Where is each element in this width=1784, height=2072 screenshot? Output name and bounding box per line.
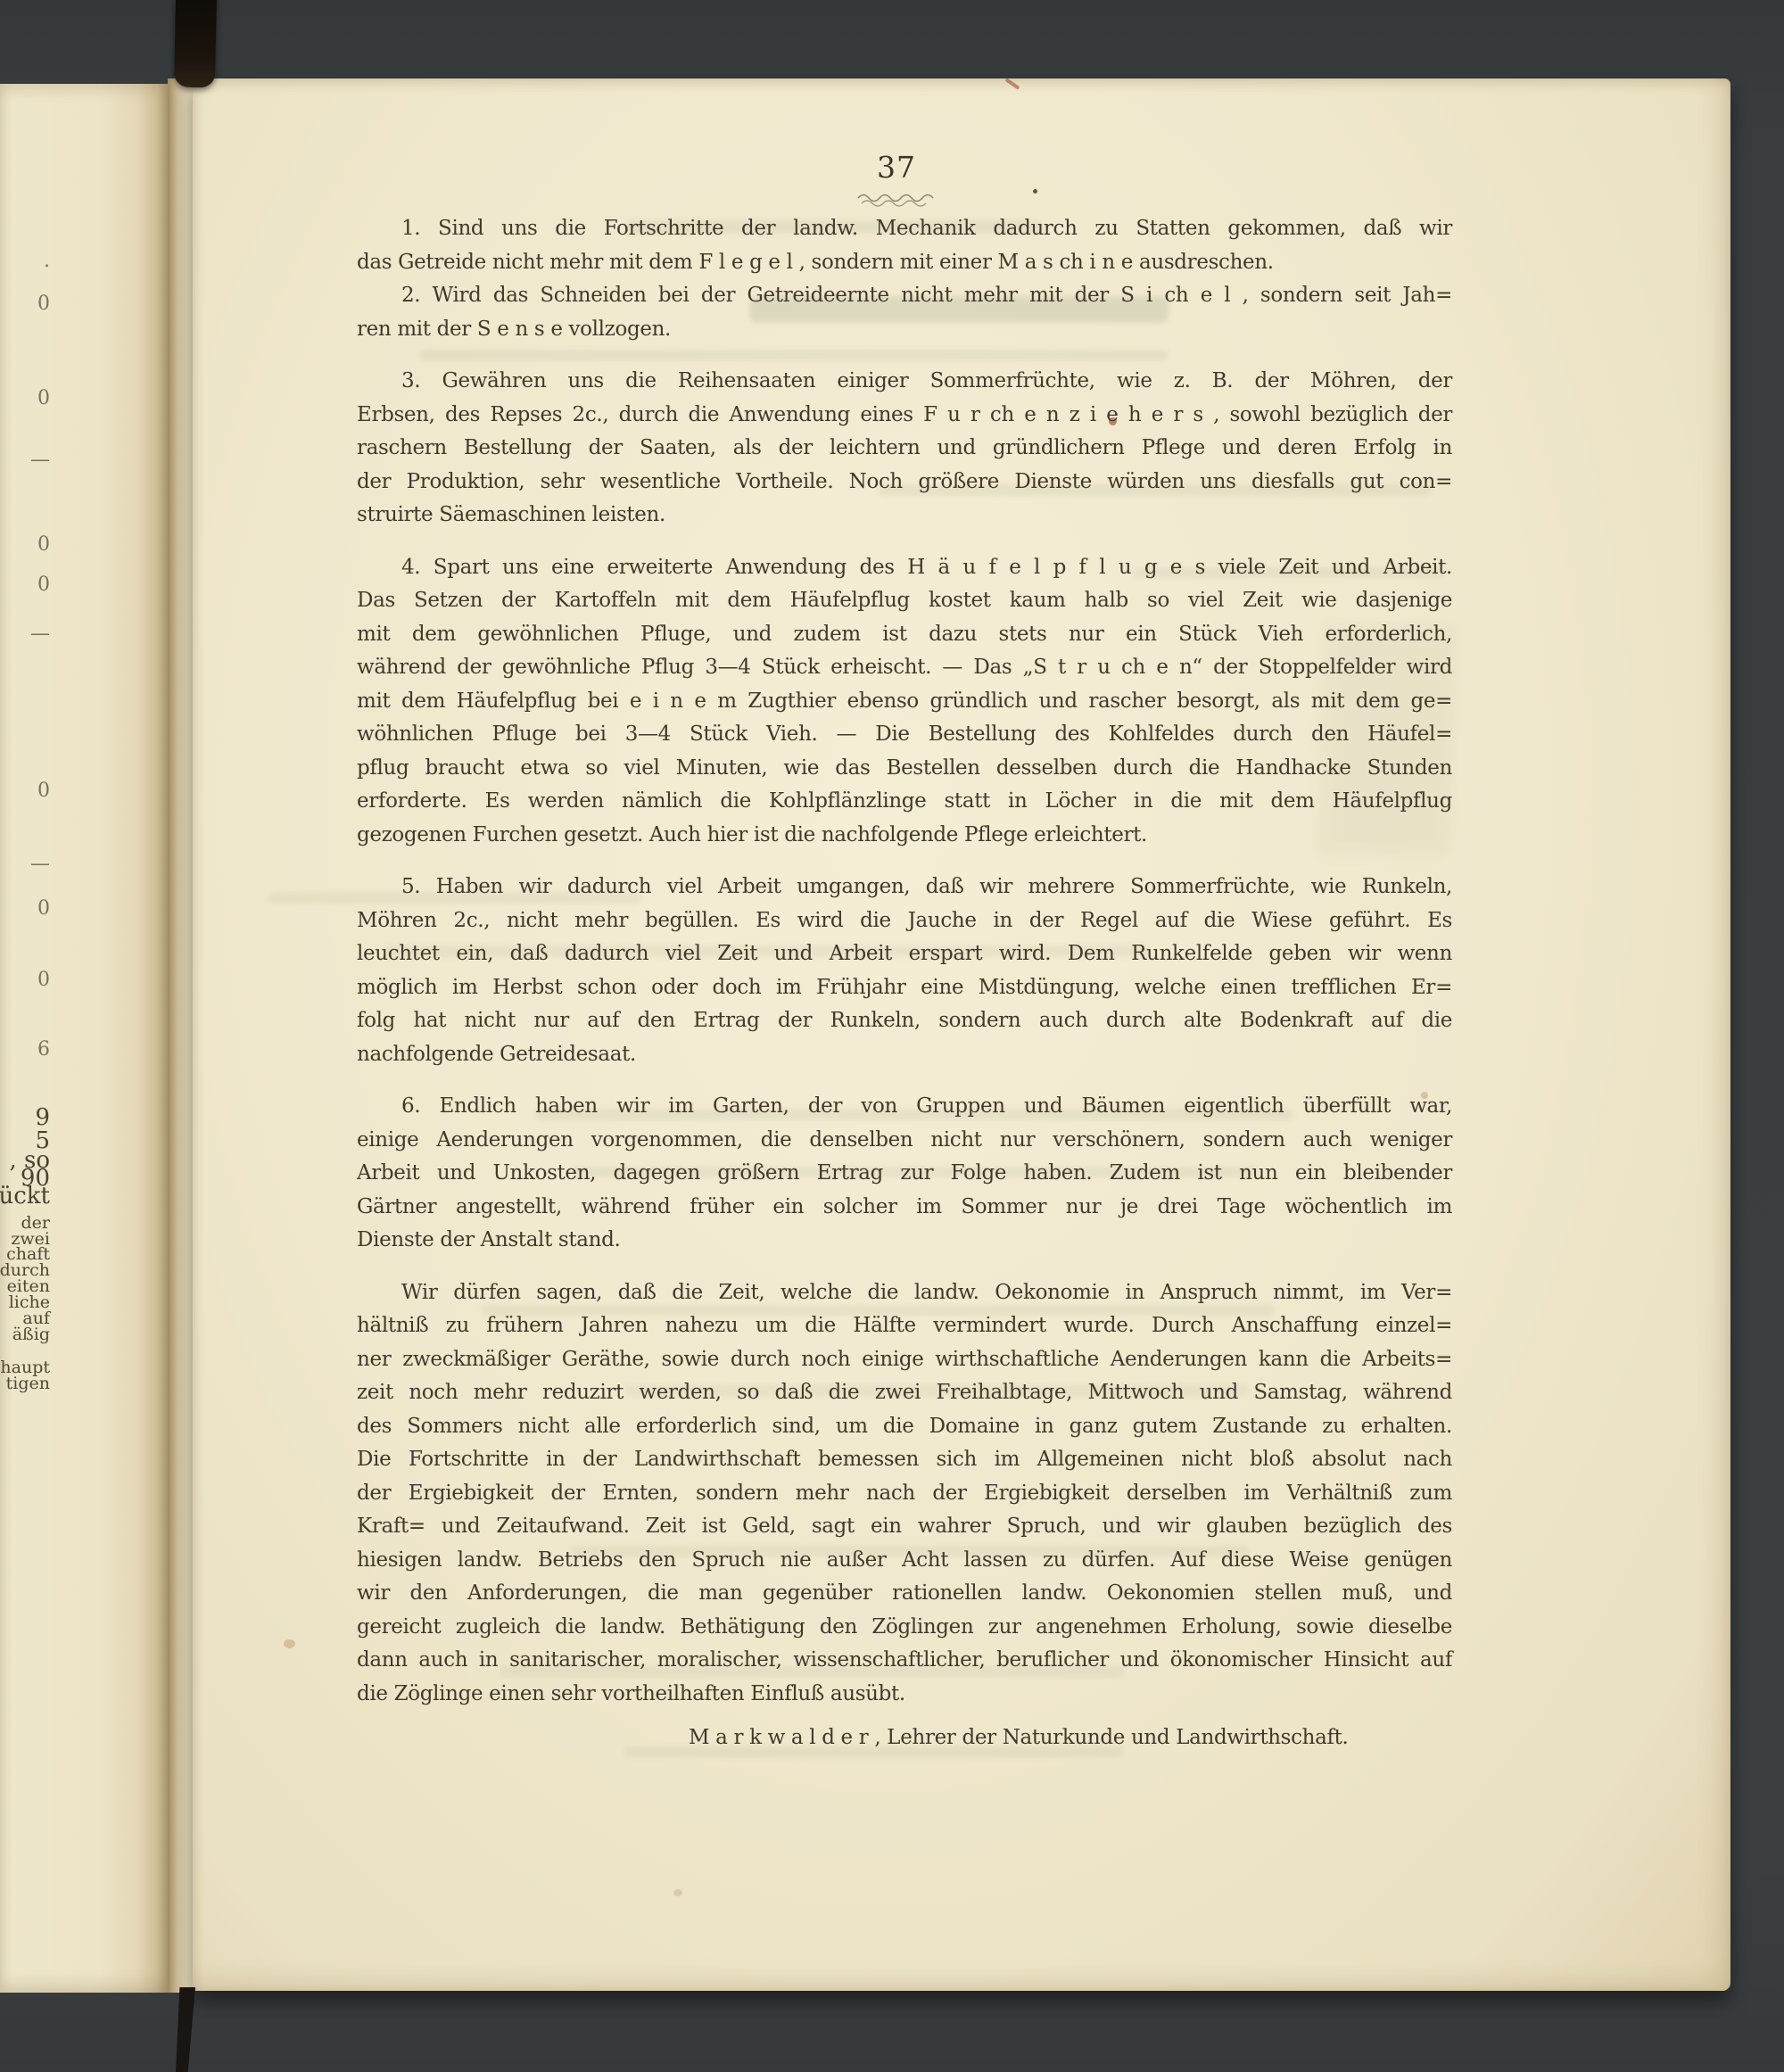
text-line: Möhren 2c., nicht mehr begüllen. Es wird… [357, 904, 1452, 938]
text-line: raschern Bestellung der Saaten, als der … [357, 432, 1452, 466]
text-line: hiesigen landw. Betriebs den Spruch nie … [357, 1544, 1452, 1578]
text-line: mit dem gewöhnlichen Pfluge, und zudem i… [357, 618, 1452, 652]
text-line: der Ergiebigkeit der Ernten, sondern meh… [357, 1477, 1452, 1511]
foxing-spot [673, 1889, 682, 1896]
text-line: das Getreide nicht mehr mit dem F l e g … [357, 246, 1452, 280]
text-line: einige Aenderungen vorgenommen, die dens… [357, 1124, 1452, 1158]
left-page-text-fragment: — [0, 624, 50, 644]
book-gutter [168, 78, 194, 1993]
page-number: 37 [838, 150, 954, 185]
text-line: während der gewöhnliche Pflug 3—4 Stück … [357, 651, 1452, 685]
foxing-spot [284, 1639, 295, 1648]
text-line: leuchtet ein, daß dadurch viel Zeit und … [357, 937, 1452, 971]
text-line: gereicht zugleich die landw. Bethätigung… [357, 1611, 1452, 1645]
left-page-text-fragment: 0 [0, 575, 50, 595]
left-page-text-fragment: 0 [0, 294, 50, 314]
text-line: Das Setzen der Kartoffeln mit dem Häufel… [357, 584, 1452, 618]
text-line: 1. Sind uns die Fortschritte der landw. … [357, 212, 1452, 246]
text-line: pflug braucht etwa so viel Minuten, wie … [357, 752, 1452, 786]
text-line: Erbsen, des Repses 2c., durch die Anwend… [357, 399, 1452, 433]
text-line: ner zweckmäßiger Geräthe, sowie durch no… [357, 1343, 1452, 1377]
left-page-text-fragment: 0 [0, 970, 50, 990]
paragraph-6: 6. Endlich haben wir im Garten, der von … [357, 1090, 1452, 1258]
text-line: 4. Spart uns eine erweiterte Anwendung d… [357, 551, 1452, 585]
text-line: Die Fortschritte in der Landwirthschaft … [357, 1443, 1452, 1477]
text-line: wir den Anforderungen, die man gegenüber… [357, 1577, 1452, 1611]
left-page-text-fragment: 6 [0, 1040, 50, 1060]
left-page-text-fragment: — [0, 450, 50, 470]
paragraph-5: 5. Haben wir dadurch viel Arbeit umgange… [357, 871, 1452, 1071]
paragraph-2: 2. Wird das Schneiden bei der Getreideer… [357, 279, 1452, 346]
text-line: 5. Haben wir dadurch viel Arbeit umgange… [357, 871, 1452, 904]
wavy-underline-decoration [855, 193, 940, 209]
ink-speck [1033, 189, 1037, 194]
text-line: zeit noch mehr reduzirt werden, so daß d… [357, 1376, 1452, 1410]
text-line: 3. Gewähren uns die Reihensaaten einiger… [357, 365, 1452, 399]
left-page-text-fragment: 0 [0, 781, 50, 801]
left-page-text-fragment: 9 [0, 1106, 50, 1129]
author-signature: M a r k w a l d e r , Lehrer der Naturku… [357, 1721, 1452, 1755]
book-scan: . 0 0 — 0 0 — 0 — 0 0 6 9 5 , so 90 rück… [0, 0, 1784, 2072]
page-text-block: 1. Sind uns die Fortschritte der landw. … [357, 212, 1452, 1755]
text-line: ren mit der S e n s e vollzogen. [357, 313, 1452, 347]
left-page-text-fragment: 0 [0, 899, 50, 919]
paragraph-3: 3. Gewähren uns die Reihensaaten einiger… [357, 365, 1452, 532]
left-page-text-fragment: 0 [0, 389, 50, 409]
text-line: Dienste der Anstalt stand. [357, 1224, 1452, 1258]
left-page-text-fragment: äßig [0, 1326, 50, 1343]
text-line: möglich im Herbst schon oder doch im Frü… [357, 971, 1452, 1005]
text-line: nachfolgende Getreidesaat. [357, 1038, 1452, 1072]
text-line: des Sommers nicht alle erforderlich sind… [357, 1410, 1452, 1444]
text-line: hältniß zu frühern Jahren nahezu um die … [357, 1309, 1452, 1343]
text-line: Kraft= und Zeitaufwand. Zeit ist Geld, s… [357, 1510, 1452, 1544]
left-page-text-fragment: tigen [0, 1375, 50, 1392]
text-line: 2. Wird das Schneiden bei der Getreideer… [357, 279, 1452, 313]
left-page-text-fragment: rückt [0, 1185, 50, 1208]
text-line: mit dem Häufelpflug bei e i n e m Zugthi… [357, 685, 1452, 719]
text-line: wöhnlichen Pfluge bei 3—4 Stück Vieh. — … [357, 718, 1452, 752]
text-line: folg hat nicht nur auf den Ertrag der Ru… [357, 1004, 1452, 1038]
left-page-text-fragment: 0 [0, 535, 50, 555]
text-line: Wir dürfen sagen, daß die Zeit, welche d… [357, 1276, 1452, 1310]
left-page-edge [0, 84, 168, 1993]
paragraph-4: 4. Spart uns eine erweiterte Anwendung d… [357, 551, 1452, 853]
paragraph-1: 1. Sind uns die Fortschritte der landw. … [357, 212, 1452, 279]
text-line: erforderte. Es werden nämlich die Kohlpf… [357, 785, 1452, 819]
left-page-text-fragment: . [0, 252, 50, 271]
text-line: Gärtner angestellt, während früher ein s… [357, 1191, 1452, 1225]
text-line: 6. Endlich haben wir im Garten, der von … [357, 1090, 1452, 1124]
text-line: die Zöglinge einen sehr vortheilhaften E… [357, 1678, 1452, 1712]
text-line: gezogenen Furchen gesetzt. Auch hier ist… [357, 819, 1452, 853]
text-line: der Produktion, sehr wesentliche Vorthei… [357, 466, 1452, 499]
bookmark-ribbon-bottom [176, 1987, 195, 2072]
text-line: dann auch in sanitarischer, moralischer,… [357, 1644, 1452, 1678]
text-line: Arbeit und Unkosten, dagegen größern Ert… [357, 1157, 1452, 1191]
bookmark-ribbon-top [174, 0, 217, 87]
left-page-text-fragment: — [0, 854, 50, 874]
paragraph-7: Wir dürfen sagen, daß die Zeit, welche d… [357, 1276, 1452, 1712]
text-line: struirte Säemaschinen leisten. [357, 499, 1452, 532]
